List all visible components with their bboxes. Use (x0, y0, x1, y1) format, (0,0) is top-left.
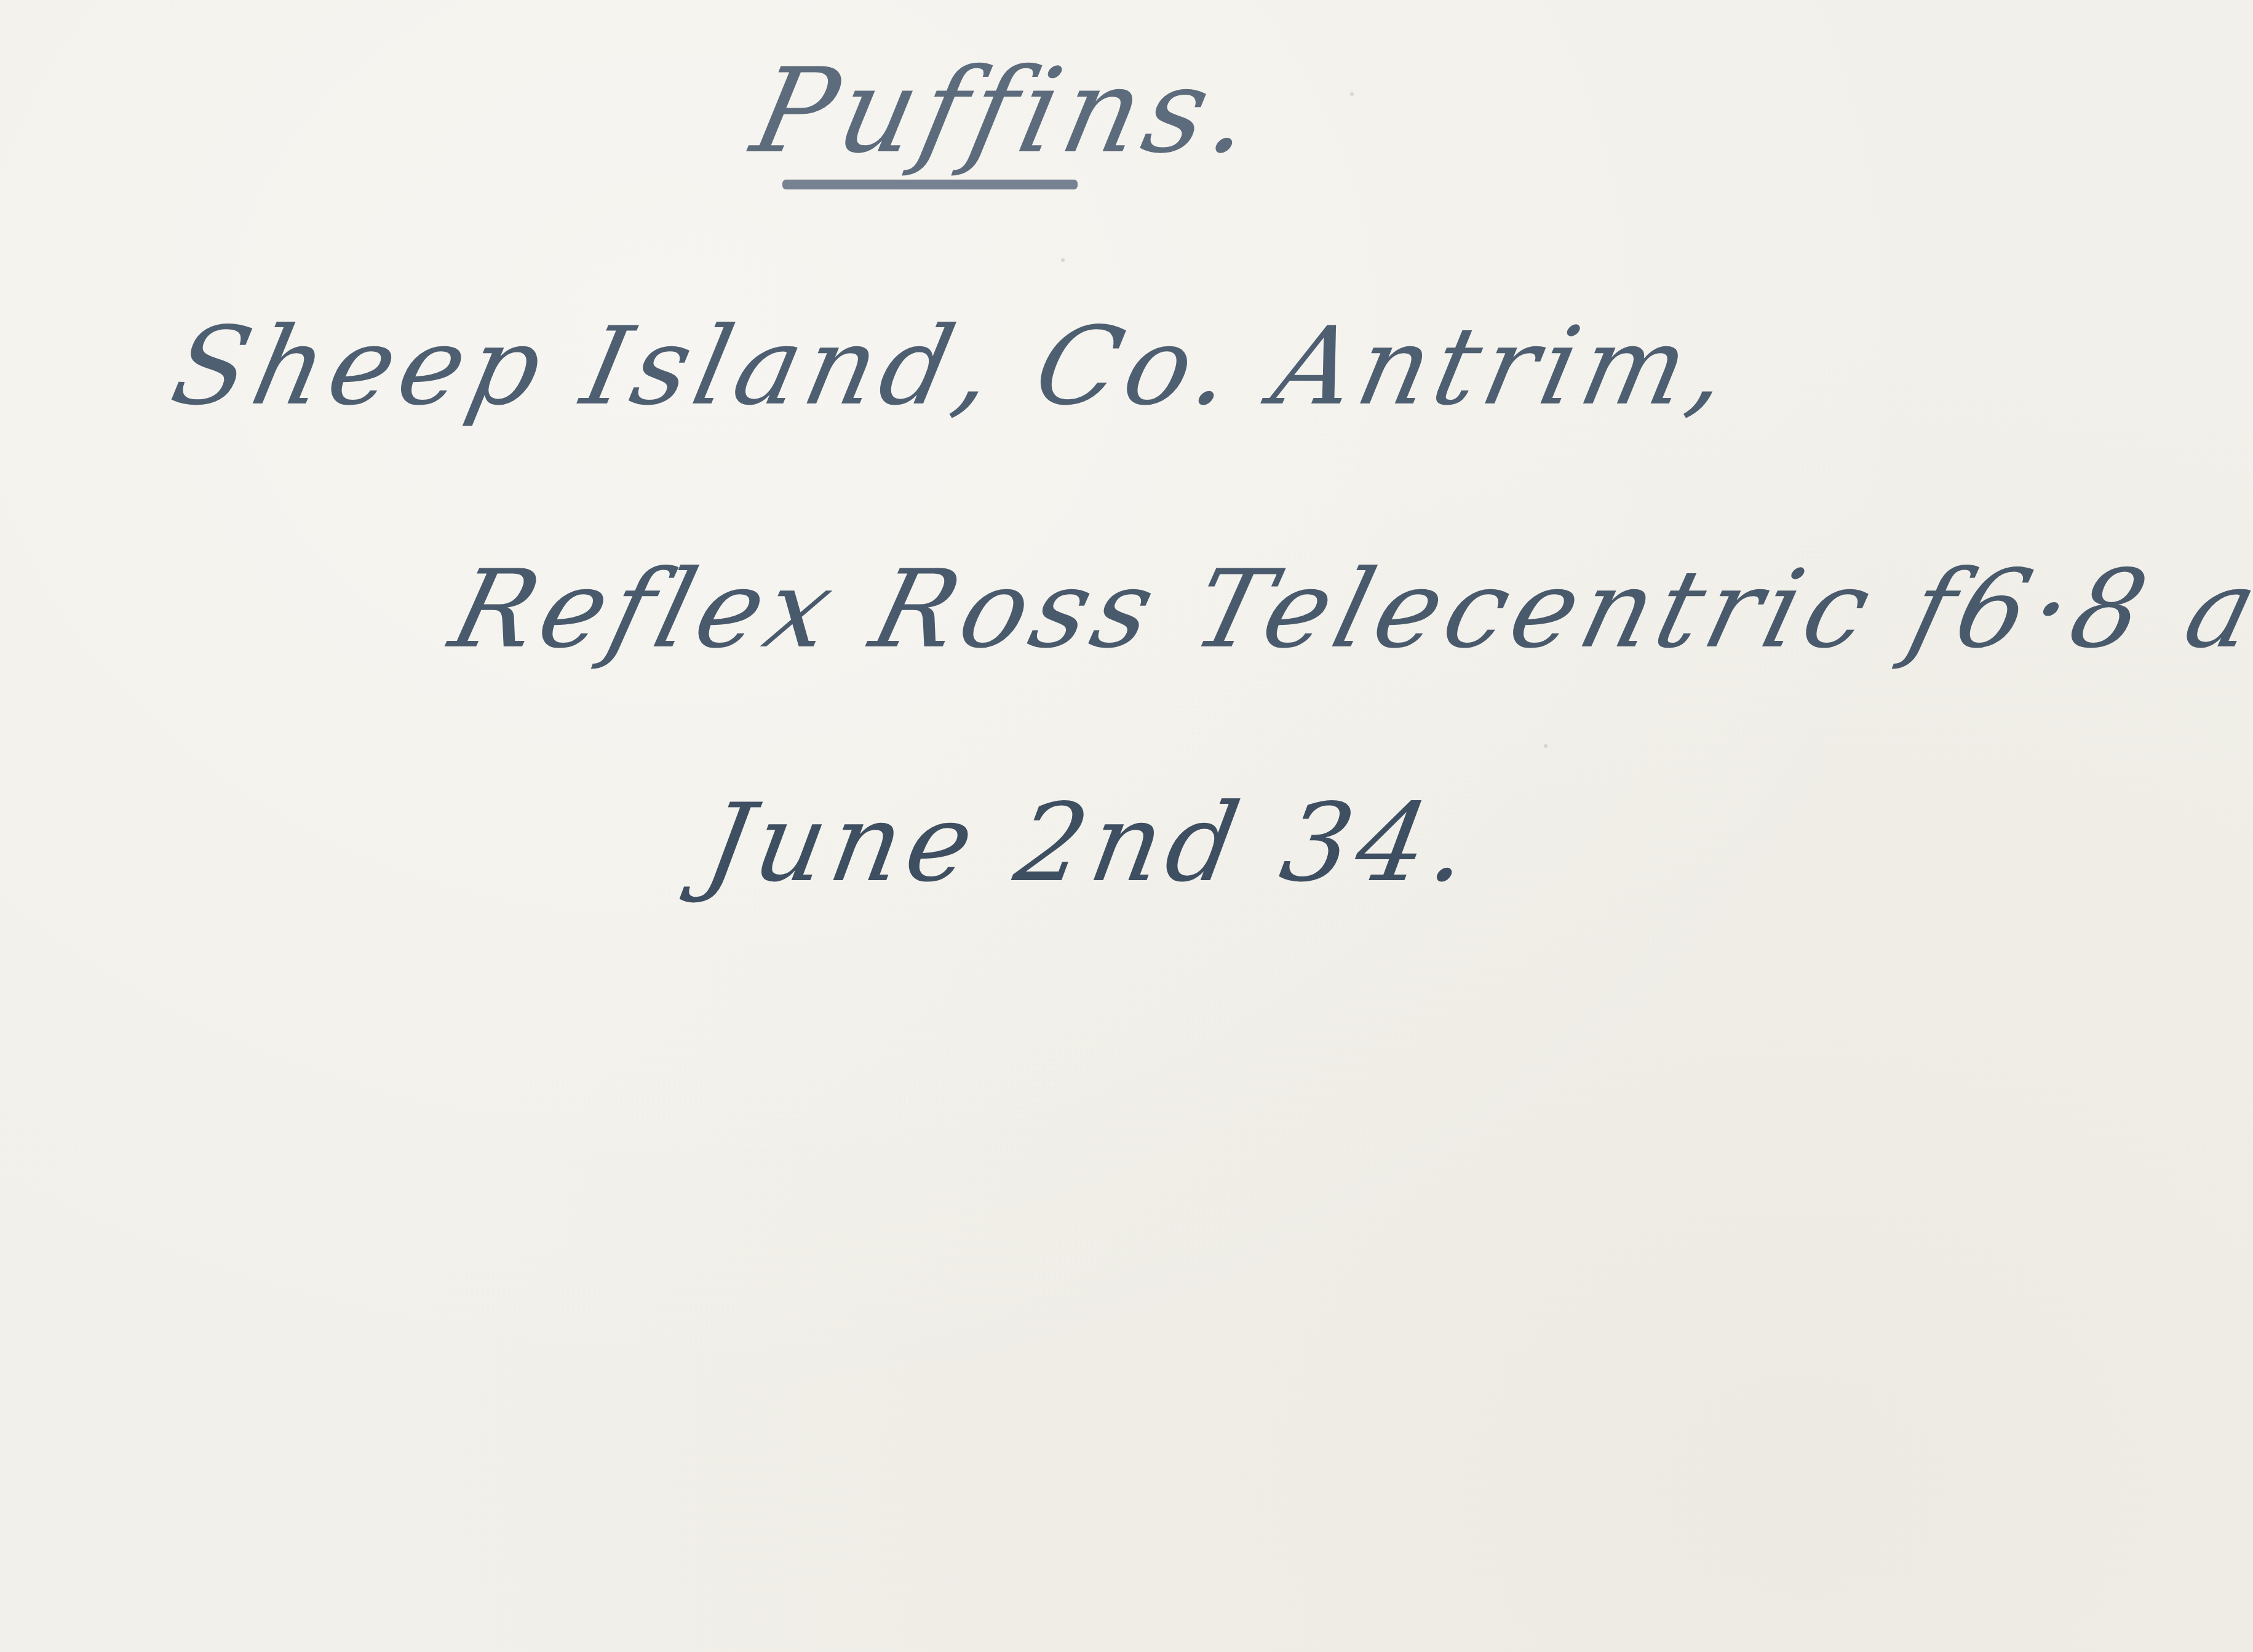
paper-speck (1350, 92, 1354, 96)
note-title: Puffins. (742, 43, 1271, 179)
camera-settings-line: Reflex Ross Telecentric f6·8 at f8. (440, 547, 2253, 672)
location-line: Sheep Island, Co. Antrim, (162, 304, 1745, 429)
title-underline (782, 180, 1078, 189)
date-line: June 2nd 34. (696, 781, 1484, 906)
note-card: Puffins. Sheep Island, Co. Antrim, Refle… (0, 0, 2253, 1652)
paper-speck (1061, 258, 1065, 262)
paper-speck (1544, 744, 1548, 748)
